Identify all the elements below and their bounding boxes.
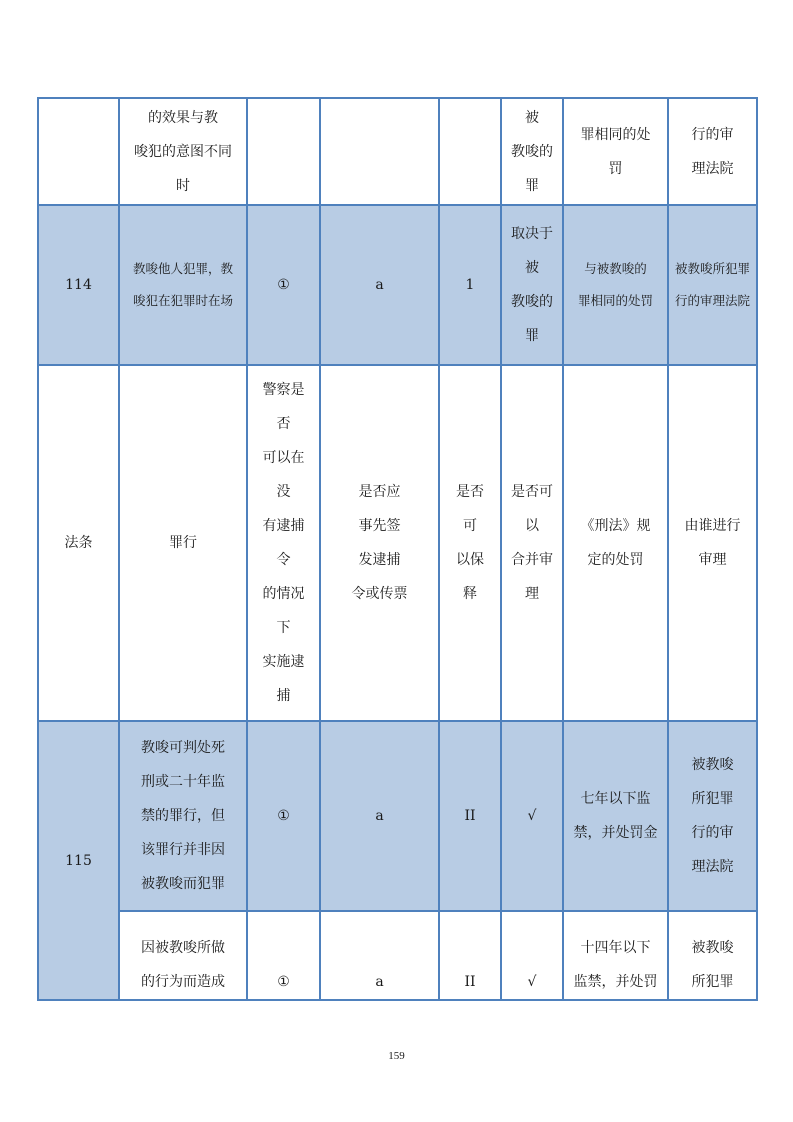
- cell-compoundable: 取决于 被 教唆的 罪: [501, 205, 563, 365]
- cell-compoundable: √: [501, 911, 563, 1000]
- cell-article: [38, 98, 119, 205]
- header-warrant-or-summons: 是否应 事先签 发逮捕 令或传票: [320, 365, 439, 721]
- table-row-115-a: 115 教唆可判处死 刑或二十年监 禁的罪行，但 该罪行并非因 被教唆而犯罪 ①…: [38, 721, 757, 911]
- cell-punishment: 与被教唆的 罪相同的处罚: [563, 205, 668, 365]
- cell-arrest-without-warrant: [247, 98, 320, 205]
- cell-compoundable: √: [501, 721, 563, 911]
- cell-arrest-without-warrant: ①: [247, 911, 320, 1000]
- cell-court: 被教唆 所犯罪: [668, 911, 757, 1000]
- cell-article: 114: [38, 205, 119, 365]
- cell-offence: 的效果与教 唆犯的意图不同 时: [119, 98, 247, 205]
- header-arrest-without-warrant: 警察是 否 可以在 没 有逮捕 令 的情况 下 实施逮 捕: [247, 365, 320, 721]
- cell-compoundable: 被 教唆的 罪: [501, 98, 563, 205]
- header-compoundable: 是否可 以 合并审 理: [501, 365, 563, 721]
- cell-warrant-or-summons: a: [320, 911, 439, 1000]
- cell-offence: 教唆可判处死 刑或二十年监 禁的罪行，但 该罪行并非因 被教唆而犯罪: [119, 721, 247, 911]
- cell-bailable: [439, 98, 501, 205]
- cell-bailable: II: [439, 721, 501, 911]
- page-number: 159: [0, 1050, 793, 1062]
- cell-bailable: 1: [439, 205, 501, 365]
- header-punishment: 《刑法》规 定的处罚: [563, 365, 668, 721]
- cell-warrant-or-summons: a: [320, 721, 439, 911]
- table-row-continuation: 的效果与教 唆犯的意图不同 时 被 教唆的 罪 罪相同的处 罚 行的审 理法院: [38, 98, 757, 205]
- cell-offence: 因被教唆所做 的行为而造成: [119, 911, 247, 1000]
- cell-arrest-without-warrant: ①: [247, 721, 320, 911]
- cell-court: 行的审 理法院: [668, 98, 757, 205]
- cell-court: 被教唆 所犯罪 行的审 理法院: [668, 721, 757, 911]
- cell-punishment: 罪相同的处 罚: [563, 98, 668, 205]
- cell-warrant-or-summons: [320, 98, 439, 205]
- table-row-114: 114 教唆他人犯罪，教 唆犯在犯罪时在场 ① a 1 取决于 被 教唆的 罪 …: [38, 205, 757, 365]
- header-article: 法条: [38, 365, 119, 721]
- header-offence: 罪行: [119, 365, 247, 721]
- law-table: 的效果与教 唆犯的意图不同 时 被 教唆的 罪 罪相同的处 罚 行的审 理法院 …: [37, 97, 758, 1001]
- header-court: 由谁进行 审理: [668, 365, 757, 721]
- cell-warrant-or-summons: a: [320, 205, 439, 365]
- cell-punishment: 十四年以下 监禁，并处罚: [563, 911, 668, 1000]
- cell-arrest-without-warrant: ①: [247, 205, 320, 365]
- cell-article: 115: [38, 721, 119, 1000]
- cell-court: 被教唆所犯罪 行的审理法院: [668, 205, 757, 365]
- table-header-row: 法条 罪行 警察是 否 可以在 没 有逮捕 令 的情况 下 实施逮 捕 是否应 …: [38, 365, 757, 721]
- cell-punishment: 七年以下监 禁，并处罚金: [563, 721, 668, 911]
- table-row-115-b: 因被教唆所做 的行为而造成 ① a II √ 十四年以下 监禁，并处罚 被教唆 …: [38, 911, 757, 1000]
- cell-bailable: II: [439, 911, 501, 1000]
- cell-offence: 教唆他人犯罪，教 唆犯在犯罪时在场: [119, 205, 247, 365]
- header-bailable: 是否 可 以保 释: [439, 365, 501, 721]
